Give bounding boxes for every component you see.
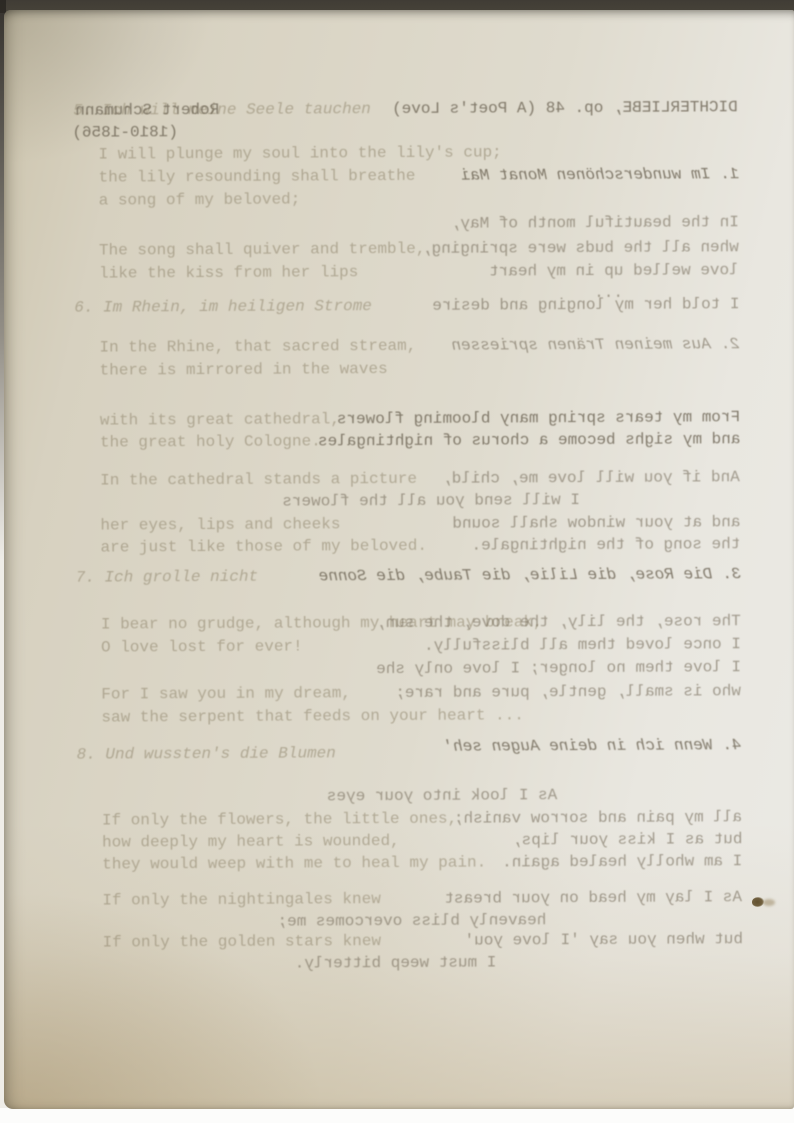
bleedthrough-line: I once loved them all blissfully. [424,635,741,655]
typewritten-line: 7. Ich grolle nicht [76,568,259,587]
typewritten-line: For I saw you in my dream, [101,684,351,703]
typewritten-line: 6. Im Rhein, im heiligen Strome [74,297,372,317]
typewritten-line: how deeply my heart is wounded, [102,832,400,852]
bleedthrough-line: 2. Aus meinen Tränen spriessen [451,335,739,355]
typewritten-line: her eyes, lips and cheeks [100,515,340,534]
bleedthrough-line: I love them no longer; I love only she [376,658,741,678]
typewritten-line: In the Rhine, that sacred stream, [99,337,416,357]
typewritten-line: like the kiss from her lips [99,263,358,282]
bleedthrough-line: 1. Im wunderschönen Monat Mai [460,165,739,184]
bleedthrough-line: 4. Wenn ich in deine Augen seh' [444,736,742,756]
typewritten-line: O love lost for ever! [101,637,303,656]
bleedthrough-line: all my pain and sorrow vanish; [454,808,742,828]
bleedthrough-line: DICHTERLIEBE, op. 48 (A Poet's Love) Rob… [76,98,739,119]
bleedthrough-line: and my sighs become a chorus of nighting… [317,430,740,450]
typewritten-line: are just like those of my beloved. [100,537,427,557]
typewritten-line: saw the serpent that feeds on your heart… [101,706,524,726]
bleedthrough-line: but when you say 'I love you' [464,930,743,949]
typewritten-line: If only the golden stars knew [103,932,382,951]
photographed-document-page: 5. Ich will meine Seele tauchenI will pl… [0,0,794,1123]
bleedthrough-line: As I look into your eyes [326,786,557,805]
bleedthrough-line: but as I kiss your lips, [512,830,743,849]
bleedthrough-line: heavenly bliss overcomes me; [278,911,547,930]
typewritten-line: I will plunge my soul into the lily's cu… [98,143,501,163]
bleedthrough-line: I am wholly healed again. [502,852,742,871]
bleedthrough-line: As I lay my head on your breast [445,888,743,908]
bleedthrough-line: (1810-1856) [73,123,179,142]
typewritten-line: The song shall quiver and tremble, [99,240,426,260]
typewritten-line: the great holy Cologne. [100,432,321,451]
typewritten-line: If only the flowers, the little ones, [102,810,457,830]
bleedthrough-line: I told her my longing and desire [432,295,739,315]
bleedthrough-line: I will send you all the flowers [283,491,581,511]
bleedthrough-line: In the beautiful month of May, [451,213,739,233]
bleedthrough-line: the song of the nightingale. [472,535,741,554]
ink-smudge [763,899,775,906]
bleedthrough-line: who is small, gentle, pure and rare; [396,682,742,702]
bleedthrough-line: love welled up in my heart [489,261,739,280]
typewritten-line: the lily resounding shall breathe [99,167,416,187]
typewritten-line: they would weep with me to heal my pain. [102,854,486,874]
typewritten-line: a song of my beloved; [99,191,301,210]
typewritten-line: 8. Und wussten's die Blumen [77,744,336,763]
bleedthrough-line: And if you will love me, child, [442,468,740,488]
bleedthrough-line: 3. Die Rose, die Lilie, die Taube, die S… [318,565,741,585]
bleedthrough-line: when all the buds were springing, [422,238,739,258]
text-layer: 5. Ich will meine Seele tauchenI will pl… [0,0,794,1123]
typewritten-line: there is mirrored in the waves [100,360,388,380]
bleedthrough-line: The rose, the lily, the dove, the sun, [376,612,741,632]
typewritten-line: In the cathedral stands a picture [100,470,417,490]
typewritten-line: If only the nightingales knew [102,890,381,909]
bleedthrough-line: I must weep bitterly. [295,953,497,972]
bleedthrough-line: From my tears spring many blooming flowe… [337,408,740,428]
bleedthrough-line: and at your window shall sound [452,513,740,533]
typewritten-line: with its great cathedral, [100,410,340,429]
